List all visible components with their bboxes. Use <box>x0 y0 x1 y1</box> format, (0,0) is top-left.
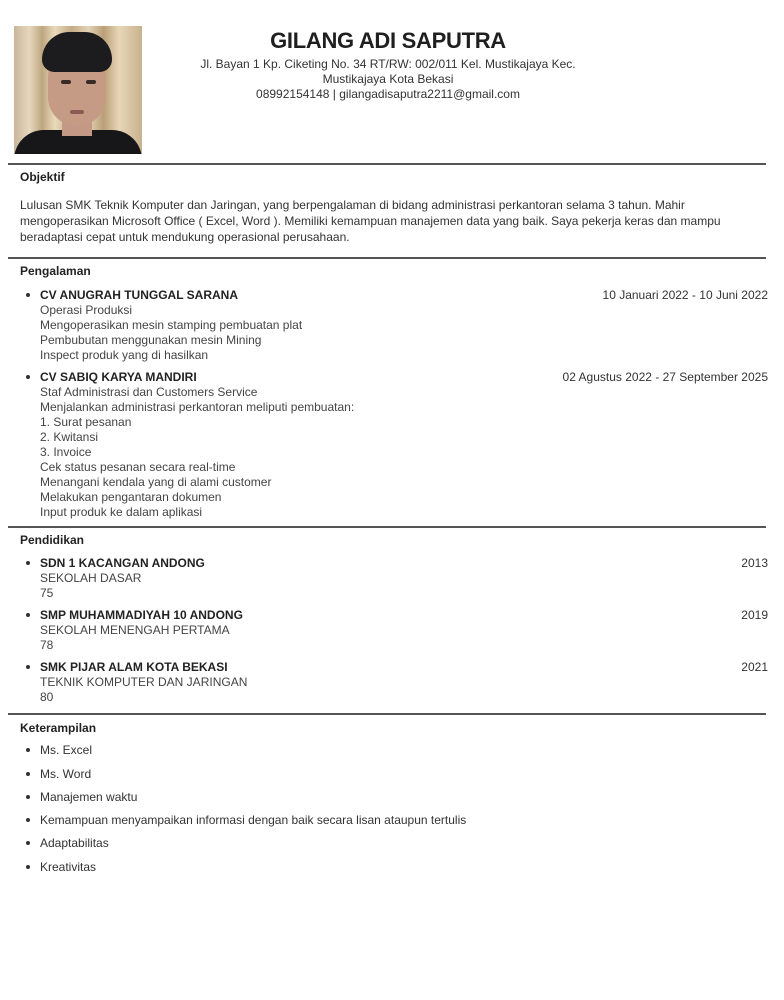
job-detail: 3. Invoice <box>40 445 768 460</box>
education-score: 75 <box>40 586 768 601</box>
job-detail: Pembubutan menggunakan mesin Mining <box>40 333 768 348</box>
job-detail: Inspect produk yang di hasilkan <box>40 348 768 363</box>
objective-text: Lulusan SMK Teknik Komputer dan Jaringan… <box>20 197 768 245</box>
job-detail: Menangani kendala yang di alami customer <box>40 475 768 490</box>
skills-heading: Keterampilan <box>20 721 96 735</box>
bullet-icon <box>26 375 30 379</box>
education-item: SDN 1 KACANGAN ANDONG 2013 SEKOLAH DASAR… <box>20 556 768 601</box>
job-detail: Input produk ke dalam aplikasi <box>40 505 768 520</box>
objective-line: mengoperasikan Microsoft Office ( Excel,… <box>20 213 768 229</box>
bullet-icon <box>26 795 30 799</box>
candidate-name: GILANG ADI SAPUTRA <box>150 28 626 54</box>
bullet-icon <box>26 865 30 869</box>
skill-item: Kreativitas <box>20 860 620 875</box>
job-detail: Cek status pesanan secara real-time <box>40 460 768 475</box>
school-name: SMP MUHAMMADIYAH 10 ANDONG <box>40 608 768 623</box>
resume-header: GILANG ADI SAPUTRA Jl. Bayan 1 Kp. Ciket… <box>150 28 626 102</box>
skill-label: Ms. Word <box>40 767 620 782</box>
job-detail: Staf Administrasi dan Customers Service <box>40 385 768 400</box>
bullet-icon <box>26 293 30 297</box>
graduation-year: 2021 <box>741 660 768 675</box>
skill-item: Kemampuan menyampaikan informasi dengan … <box>20 813 620 828</box>
education-heading: Pendidikan <box>20 533 84 547</box>
job-detail: 2. Kwitansi <box>40 430 768 445</box>
job-detail: Mengoperasikan mesin stamping pembuatan … <box>40 318 768 333</box>
skill-item: Ms. Excel <box>20 743 620 758</box>
skill-label: Adaptabilitas <box>40 836 620 851</box>
address-line-2: Mustikajaya Kota Bekasi <box>150 72 626 87</box>
photo-hair <box>42 32 112 72</box>
education-level: SEKOLAH MENENGAH PERTAMA <box>40 623 768 638</box>
school-name: SMK PIJAR ALAM KOTA BEKASI <box>40 660 768 675</box>
profile-photo <box>14 26 142 154</box>
skill-item: Ms. Word <box>20 767 620 782</box>
section-divider <box>8 257 766 259</box>
employment-period: 10 Januari 2022 - 10 Juni 2022 <box>603 288 768 303</box>
experience-item: CV SABIQ KARYA MANDIRI 02 Agustus 2022 -… <box>20 370 768 520</box>
address-line-1: Jl. Bayan 1 Kp. Ciketing No. 34 RT/RW: 0… <box>150 57 626 72</box>
skill-item: Adaptabilitas <box>20 836 620 851</box>
contact-info: 08992154148 | gilangadisaputra2211@gmail… <box>150 87 626 102</box>
skill-label: Manajemen waktu <box>40 790 620 805</box>
education-level: SEKOLAH DASAR <box>40 571 768 586</box>
education-level: TEKNIK KOMPUTER DAN JARINGAN <box>40 675 768 690</box>
employment-period: 02 Agustus 2022 - 27 September 2025 <box>563 370 768 385</box>
objective-line: Lulusan SMK Teknik Komputer dan Jaringan… <box>20 197 768 213</box>
education-score: 80 <box>40 690 768 705</box>
skill-item: Manajemen waktu <box>20 790 620 805</box>
bullet-icon <box>26 665 30 669</box>
bullet-icon <box>26 818 30 822</box>
section-divider <box>8 713 766 715</box>
skill-label: Kreativitas <box>40 860 620 875</box>
job-detail: 1. Surat pesanan <box>40 415 768 430</box>
bullet-icon <box>26 748 30 752</box>
graduation-year: 2013 <box>741 556 768 571</box>
photo-eye-left <box>61 80 71 84</box>
photo-mouth <box>70 110 84 114</box>
job-detail: Menjalankan administrasi perkantoran mel… <box>40 400 768 415</box>
school-name: SDN 1 KACANGAN ANDONG <box>40 556 768 571</box>
experience-item: CV ANUGRAH TUNGGAL SARANA 10 Januari 202… <box>20 288 768 363</box>
objective-line: beradaptasi cepat untuk mendukung operas… <box>20 229 768 245</box>
bullet-icon <box>26 613 30 617</box>
section-divider <box>8 526 766 528</box>
graduation-year: 2019 <box>741 608 768 623</box>
job-detail: Melakukan pengantaran dokumen <box>40 490 768 505</box>
skill-label: Kemampuan menyampaikan informasi dengan … <box>40 813 620 828</box>
job-detail: Operasi Produksi <box>40 303 768 318</box>
section-divider <box>8 163 766 165</box>
bullet-icon <box>26 841 30 845</box>
objective-heading: Objektif <box>20 170 65 184</box>
photo-eye-right <box>86 80 96 84</box>
bullet-icon <box>26 772 30 776</box>
bullet-icon <box>26 561 30 565</box>
education-item: SMP MUHAMMADIYAH 10 ANDONG 2019 SEKOLAH … <box>20 608 768 653</box>
education-score: 78 <box>40 638 768 653</box>
experience-heading: Pengalaman <box>20 264 91 278</box>
skill-label: Ms. Excel <box>40 743 620 758</box>
education-item: SMK PIJAR ALAM KOTA BEKASI 2021 TEKNIK K… <box>20 660 768 705</box>
